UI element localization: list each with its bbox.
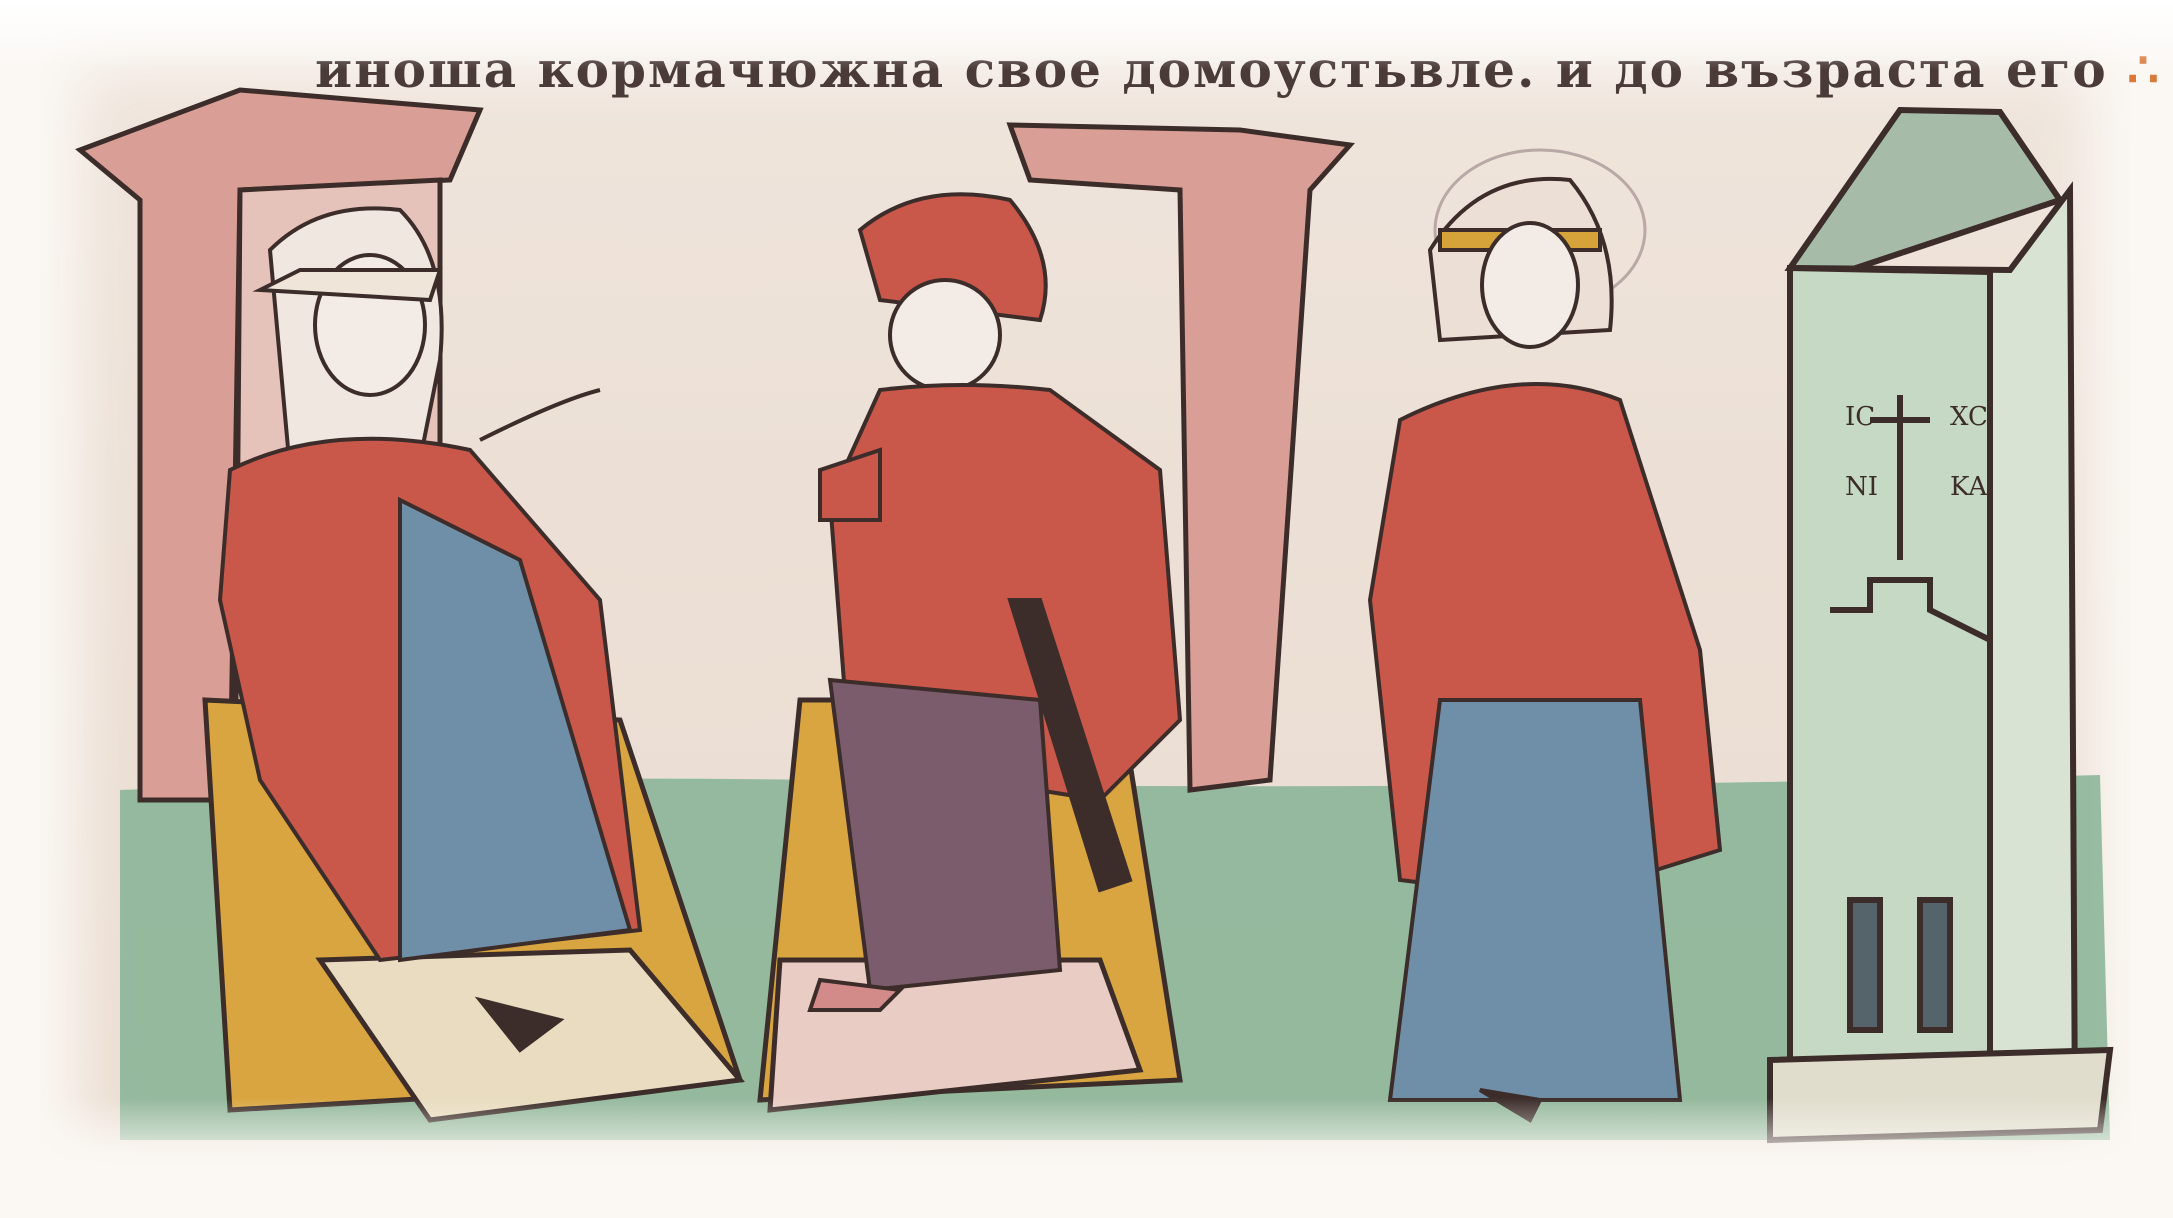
bottom-vignette: [0, 1098, 2173, 1218]
standing-haloed-woman: [1370, 150, 1720, 1120]
tower-label-xc: XC: [1950, 402, 1988, 432]
tower-label-ic: IC: [1845, 402, 1875, 432]
top-vignette: [0, 0, 2173, 70]
tower-label-ni: NI: [1845, 472, 1878, 502]
miniature-illustration: IC XC NI KA: [0, 0, 2173, 1218]
tower-building: [1770, 110, 2110, 1140]
tower-label-ka: KA: [1950, 472, 1988, 502]
manuscript-page: IC XC NI KA иноша кормачюжна свое домоус…: [0, 0, 2173, 1218]
